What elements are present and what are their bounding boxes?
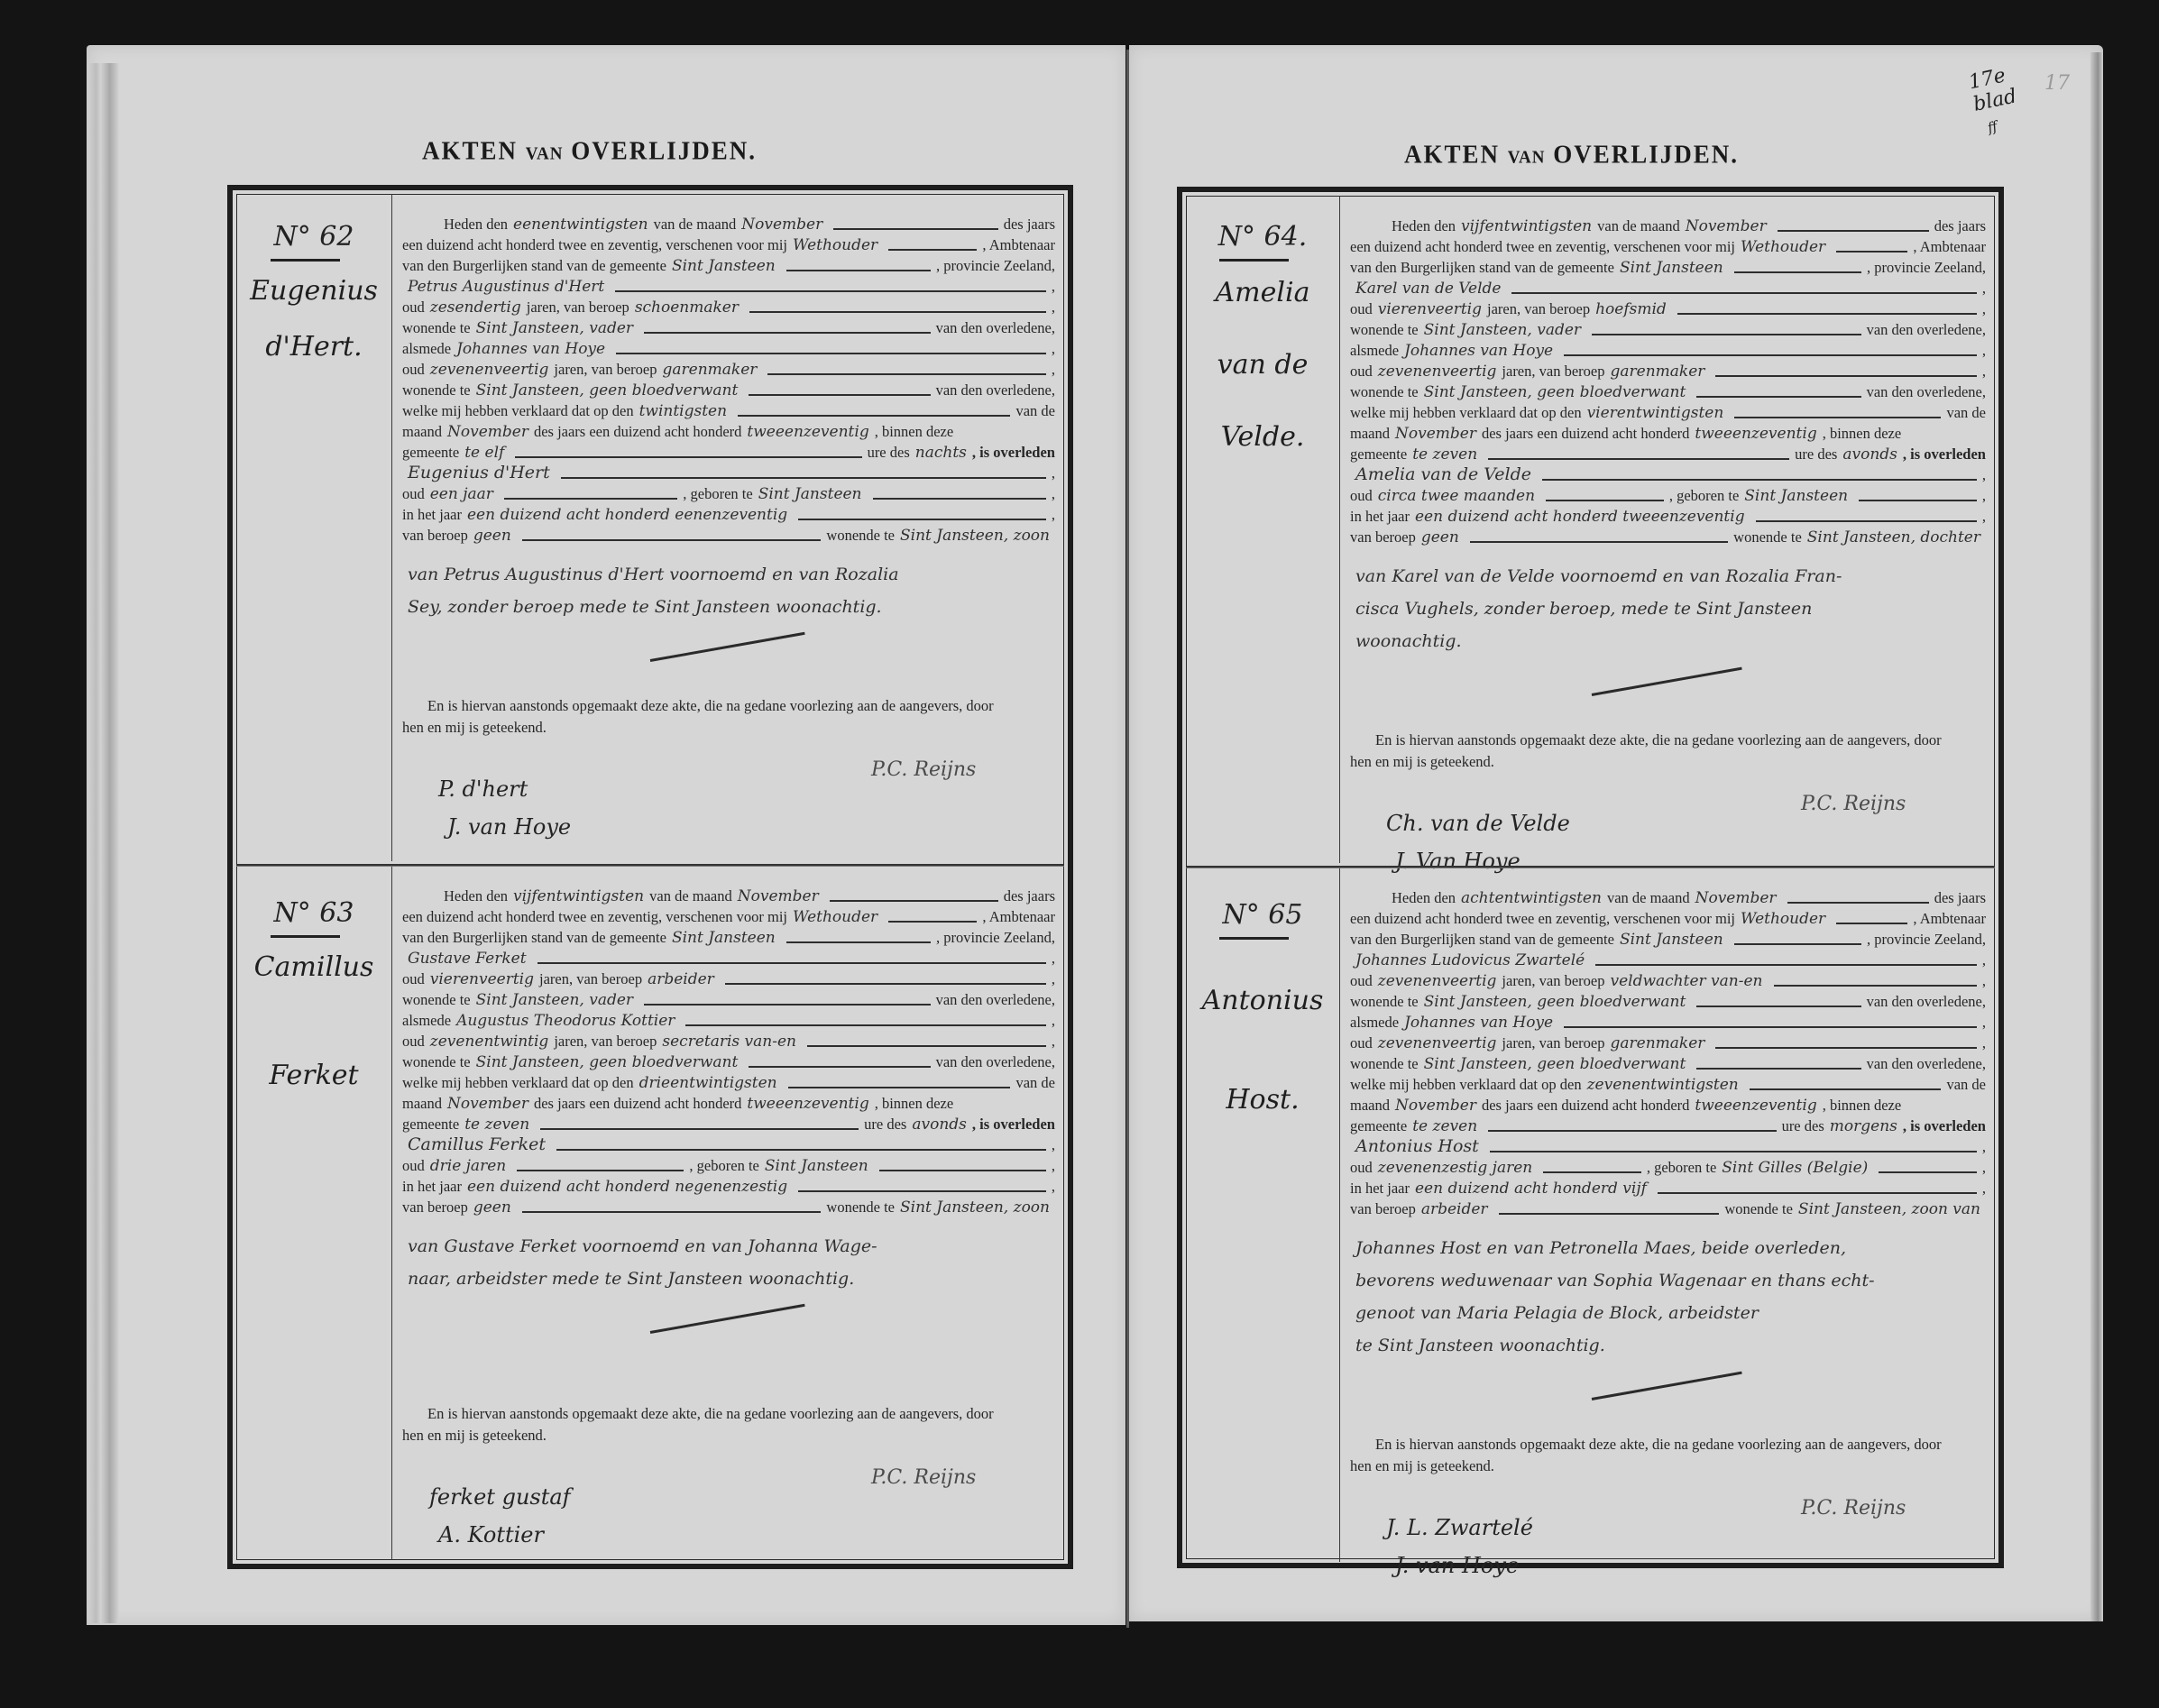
printed-text: oud <box>402 1031 425 1051</box>
fill-line <box>786 270 931 271</box>
printed-text: , provincie Zeeland, <box>936 255 1055 276</box>
punct: , <box>1052 504 1055 525</box>
record-line: Gustave Ferket, <box>402 948 1055 969</box>
fill-line <box>615 290 1046 292</box>
record-line: oudvierenveertigjaren, van beroeparbeide… <box>402 969 1055 989</box>
fill-line <box>1499 1213 1720 1215</box>
printed-text: , is overleden <box>972 1114 1055 1134</box>
punct: , <box>1982 361 1986 381</box>
birth-year: een duizend acht honderd vijf <box>1410 1179 1652 1199</box>
margin-deceased-name: d'Hert. <box>236 331 391 363</box>
printed-text: gemeente <box>402 442 459 463</box>
fill-line <box>1750 1088 1942 1090</box>
printed-text: Heden den <box>444 886 508 906</box>
printed-text: des jaars <box>1004 886 1055 906</box>
death-record: N° 62Eugeniusd'Hert.Heden deneenentwinti… <box>236 194 1064 861</box>
printed-text: alsmede <box>1350 1012 1399 1033</box>
deceased-residence: Sint Jansteen, dochter <box>1802 528 1986 548</box>
printed-text: oud <box>1350 298 1373 319</box>
fill-line <box>1734 417 1941 418</box>
declarant-signature: J. van Hoye <box>447 814 571 840</box>
record-line: alsmedeJohannes van Hoye, <box>402 338 1055 359</box>
printed-text: des jaars een duizend acht honderd <box>1482 1095 1689 1116</box>
printed-text: gemeente <box>1350 444 1407 464</box>
declarant2-residence: Sint Jansteen, geen bloedverwant <box>1419 382 1692 403</box>
closing-line-2: hen en mij is geteekend. <box>402 717 1055 739</box>
declarant2-residence: Sint Jansteen, geen bloedverwant <box>1419 1054 1692 1075</box>
official-title: Wethouder <box>1735 237 1831 258</box>
fill-line <box>879 1170 1046 1171</box>
record-line: een duizend acht honderd twee en zeventi… <box>1350 908 1986 929</box>
fill-line <box>1511 292 1976 294</box>
handwritten-note: cisca Vughels, zonder beroep, mede te Si… <box>1350 592 1817 625</box>
fill-line <box>1696 1068 1860 1070</box>
record-line: wonende teSint Jansteen, geen bloedverwa… <box>402 380 1055 400</box>
printed-text: oud <box>402 483 425 504</box>
record-line: ouddrie jaren, geboren teSint Jansteen, <box>402 1155 1055 1176</box>
record-body: Heden denvijfentwintigstenvan de maandNo… <box>402 866 1055 1560</box>
punct: , <box>1052 1155 1055 1176</box>
record-line: oudzevenenveertigjaren, van beroepgarenm… <box>1350 361 1986 381</box>
record-line: van den Burgerlijken stand van de gemeen… <box>1350 257 1986 278</box>
fill-line <box>1756 520 1977 522</box>
birth-year: een duizend acht honderd tweeenzeventig <box>1410 507 1750 528</box>
fill-line <box>767 373 1045 375</box>
printed-text: van de maand <box>649 886 732 906</box>
punct: , <box>1052 969 1055 989</box>
declarant2-name: Augustus Theodorus Kottier <box>451 1011 680 1032</box>
handwritten-note: Johannes Host en van Petronella Maes, be… <box>1350 1232 1851 1264</box>
printed-text: gemeente <box>1350 1116 1407 1136</box>
printed-text: wonende te <box>1350 1053 1419 1074</box>
title-word: OVERLIJDEN. <box>1553 140 1739 169</box>
record-line: een duizend acht honderd twee en zeventi… <box>402 906 1055 927</box>
record-line: gemeentete zevenure desavonds, is overle… <box>402 1114 1055 1134</box>
printed-text: , provincie Zeeland, <box>1867 929 1986 950</box>
printed-text: van den overledene, <box>1867 991 1986 1012</box>
fill-line <box>1488 1130 1776 1132</box>
declarant1-age: zevenenveertig <box>1373 971 1502 992</box>
registration-day: vijfentwintigsten <box>1456 216 1597 237</box>
record-body: Heden denvijfentwintigstenvan de maandNo… <box>1350 196 1986 863</box>
fill-line <box>888 249 977 251</box>
death-year: tweeenzeventig <box>741 1094 874 1115</box>
declarant1-name: Johannes Ludovicus Zwartelé <box>1350 950 1590 971</box>
record-line: oudeen jaar, geboren teSint Jansteen, <box>402 483 1055 504</box>
death-year: tweeenzeventig <box>1689 424 1822 445</box>
fill-line <box>1677 313 1977 315</box>
printed-text: oud <box>402 1155 425 1176</box>
punct: , <box>1982 278 1986 298</box>
record-extra-line: te Sint Jansteen woonachtig. <box>1350 1329 1986 1362</box>
fill-line <box>1564 354 1977 356</box>
printed-text: oud <box>1350 485 1373 506</box>
municipality: Sint Jansteen <box>1614 258 1729 279</box>
birthplace: Sint Jansteen <box>753 484 868 505</box>
fill-line <box>749 311 1046 313</box>
death-day: zevenentwintigsten <box>1582 1075 1744 1096</box>
closing-flourish <box>1592 1372 1742 1400</box>
deceased-residence: Sint Jansteen, zoon <box>895 526 1055 546</box>
printed-text: , geboren te <box>683 483 752 504</box>
registration-day: achtentwintigsten <box>1456 888 1607 909</box>
record-line: in het jaareen duizend acht honderd twee… <box>1350 506 1986 527</box>
printed-text: oud <box>1350 970 1373 991</box>
number-underline <box>271 259 340 262</box>
printed-text: van den Burgerlijken stand van de gemeen… <box>402 927 666 948</box>
printed-text: wonende te <box>1350 381 1419 402</box>
printed-text: des jaars een duizend acht honderd <box>1482 423 1689 444</box>
handwritten-note: bevorens weduwenaar van Sophia Wagenaar … <box>1350 1264 1880 1297</box>
printed-text: jaren, van beroep <box>554 359 657 380</box>
printed-text: , Ambtenaar <box>982 906 1055 927</box>
margin-deceased-name: van de <box>1186 349 1339 381</box>
handwritten-note: Sey, zonder beroep mede te Sint Jansteen… <box>402 591 887 623</box>
declarant2-age: zevenentwintig <box>425 1032 555 1052</box>
death-hour: te zeven <box>459 1115 535 1135</box>
printed-text: , provincie Zeeland, <box>1867 257 1986 278</box>
registration-month: November <box>1680 216 1772 237</box>
record-extra-line: van Petrus Augustinus d'Hert voornoemd e… <box>402 558 1055 591</box>
registration-month: November <box>1690 888 1782 909</box>
declarant1-residence: Sint Jansteen, vader <box>1419 320 1586 341</box>
pencil-folio-mark: 17 <box>2044 72 2070 95</box>
printed-text: wonende te <box>402 1051 471 1072</box>
punct: , <box>1052 1010 1055 1031</box>
handwritten-note: woonachtig. <box>1350 625 1467 657</box>
printed-text: in het jaar <box>1350 1178 1410 1198</box>
punct: , <box>1052 948 1055 969</box>
record-line: Heden denvijfentwintigstenvan de maandNo… <box>1350 216 1986 236</box>
record-number: N° 65 <box>1186 899 1339 931</box>
printed-text: des jaars <box>1934 216 1986 236</box>
fill-line <box>522 1211 822 1213</box>
fill-line <box>738 415 1010 417</box>
printed-text: wonende te <box>402 380 471 400</box>
title-word: AKTEN <box>422 136 518 165</box>
record-number: N° 63 <box>236 897 391 929</box>
deceased-occupation: geen <box>1416 528 1465 548</box>
printed-text: van den overledene, <box>936 1051 1055 1072</box>
printed-text: jaren, van beroep <box>1487 298 1590 319</box>
printed-text: des jaars een duizend acht honderd <box>534 421 741 442</box>
title-word: OVERLIJDEN. <box>571 136 757 165</box>
printed-text: van den overledene, <box>936 989 1055 1010</box>
record-line: oudzevenenveertigjaren, van beroepgarenm… <box>402 359 1055 380</box>
official-signature: P.C. Reijns <box>1801 793 1906 815</box>
record-line: Antonius Host, <box>1350 1136 1986 1157</box>
punct: , <box>1052 463 1055 483</box>
declarant2-occupation: garenmaker <box>1604 362 1710 382</box>
punct: , <box>1982 970 1986 991</box>
fill-line <box>1787 902 1929 904</box>
fill-line <box>888 921 977 923</box>
declarant-signature: J. L. Zwartelé <box>1386 1515 1533 1540</box>
death-hour: te zeven <box>1407 1116 1483 1137</box>
fill-line <box>1696 396 1860 398</box>
printed-text: van beroep <box>402 525 468 546</box>
printed-text: jaren, van beroep <box>554 1031 657 1051</box>
birthplace: Sint Jansteen <box>759 1156 874 1177</box>
death-year: tweeenzeventig <box>741 422 874 443</box>
punct: , <box>1052 338 1055 359</box>
printed-text: , binnen deze <box>875 421 954 442</box>
record-line: van beroeparbeiderwonende teSint Janstee… <box>1350 1198 1986 1219</box>
closing-statement: En is hiervan aanstonds opgemaakt deze a… <box>1350 1434 1986 1477</box>
deceased-residence: Sint Jansteen, zoon <box>895 1198 1055 1218</box>
deceased-name: Amelia van de Velde <box>1350 464 1537 485</box>
printed-text: Heden den <box>444 214 508 234</box>
record-line: in het jaareen duizend acht honderd vijf… <box>1350 1178 1986 1198</box>
printed-text: van de maand <box>1607 887 1690 908</box>
record-extra-line: woonachtig. <box>1350 625 1986 657</box>
printed-text: alsmede <box>402 338 451 359</box>
record-line: wonende teSint Jansteen, geen bloedverwa… <box>1350 991 1986 1012</box>
fill-line <box>1696 1006 1860 1007</box>
margin-deceased-name: Camillus <box>236 951 391 983</box>
printed-text: van den overledene, <box>936 380 1055 400</box>
municipality: Sint Jansteen <box>666 928 781 949</box>
fill-line <box>1774 985 1977 987</box>
printed-text: des jaars een duizend acht honderd <box>534 1093 741 1114</box>
punct: , <box>1052 1031 1055 1051</box>
printed-text: , geboren te <box>1669 485 1739 506</box>
official-title: Wethouder <box>787 235 883 256</box>
record-line: maandNovemberdes jaars een duizend acht … <box>1350 423 1986 444</box>
fill-line <box>1546 500 1664 501</box>
printed-text: gemeente <box>402 1114 459 1134</box>
record-line: Heden denvijfentwintigstenvan de maandNo… <box>402 886 1055 906</box>
fill-line <box>1715 375 1976 377</box>
printed-text: welke mij hebben verklaard dat op den <box>1350 402 1582 423</box>
fill-line <box>833 228 998 230</box>
printed-text: welke mij hebben verklaard dat op den <box>1350 1074 1582 1095</box>
declarant2-occupation: secretaris van-en <box>657 1032 802 1052</box>
record-extra-line: Sey, zonder beroep mede te Sint Jansteen… <box>402 591 1055 623</box>
death-day: vierentwintigsten <box>1582 403 1730 424</box>
declarant1-occupation: arbeider <box>642 969 720 990</box>
deceased-age: drie jaren <box>425 1156 511 1177</box>
declarant1-age: zesendertig <box>425 298 527 318</box>
printed-text: , is overleden <box>1903 1116 1986 1136</box>
printed-text: wonende te <box>826 525 895 546</box>
printed-text: jaren, van beroep <box>527 297 629 317</box>
margin-deceased-name: Velde. <box>1186 421 1339 453</box>
title-word: AKTEN <box>1404 140 1500 169</box>
deceased-residence: Sint Jansteen, zoon van <box>1793 1199 1986 1220</box>
official-title: Wethouder <box>787 907 883 928</box>
record-line: Heden deneenentwintigstenvan de maandNov… <box>402 214 1055 234</box>
printed-text: in het jaar <box>402 504 462 525</box>
birth-year: een duizend acht honderd eenenzeventig <box>462 505 793 526</box>
printed-text: van den Burgerlijken stand van de gemeen… <box>1350 257 1614 278</box>
printed-text: , provincie Zeeland, <box>936 927 1055 948</box>
printed-text: een duizend acht honderd twee en zeventi… <box>402 906 787 927</box>
printed-text: , geboren te <box>1647 1157 1716 1178</box>
fill-line <box>616 353 1046 354</box>
deceased-occupation: arbeider <box>1416 1199 1493 1220</box>
declarant2-residence: Sint Jansteen, geen bloedverwant <box>471 1052 744 1073</box>
punct: , <box>1982 464 1986 485</box>
printed-text: Heden den <box>1392 887 1456 908</box>
declarant1-occupation: hoefsmid <box>1590 299 1672 320</box>
declarant-signature: A. Kottier <box>438 1522 544 1547</box>
record-line: van beroepgeenwonende teSint Jansteen, z… <box>402 525 1055 546</box>
handwritten-note: van Petrus Augustinus d'Hert voornoemd e… <box>402 558 905 591</box>
record-line: welke mij hebben verklaard dat op dentwi… <box>402 400 1055 421</box>
fill-line <box>786 941 931 943</box>
right-page-title: AKTEN VAN OVERLIJDEN. <box>1404 140 1739 170</box>
deceased-age: een jaar <box>425 484 499 505</box>
printed-text: van beroep <box>402 1197 468 1217</box>
punct: , <box>1052 359 1055 380</box>
punct: , <box>1982 950 1986 970</box>
book-gutter <box>1126 50 1129 1628</box>
fill-line <box>830 900 998 902</box>
record-line: oudzevenenveertigjaren, van beroepveldwa… <box>1350 970 1986 991</box>
record-line: Heden denachtentwintigstenvan de maandNo… <box>1350 887 1986 908</box>
punct: , <box>1982 1012 1986 1033</box>
title-word: VAN <box>1508 148 1546 168</box>
fill-line <box>1859 500 1977 501</box>
closing-line-1: En is hiervan aanstonds opgemaakt deze a… <box>402 1403 1055 1425</box>
printed-text: , is overleden <box>1903 444 1986 464</box>
municipality: Sint Jansteen <box>666 256 781 277</box>
record-line: gemeentete zevenure desavonds, is overle… <box>1350 444 1986 464</box>
death-record: N° 64.Ameliavan deVelde.Heden denvijfent… <box>1186 196 1995 863</box>
record-number: N° 64. <box>1186 221 1339 253</box>
record-line: wonende teSint Jansteen, vadervan den ov… <box>1350 319 1986 340</box>
fill-line <box>788 1087 1011 1088</box>
registration-month: November <box>736 215 828 235</box>
punct: , <box>1052 276 1055 297</box>
printed-text: van den Burgerlijken stand van de gemeen… <box>402 255 666 276</box>
printed-text: maand <box>1350 423 1390 444</box>
printed-text: jaren, van beroep <box>1502 361 1604 381</box>
record-line: oudzevenenveertigjaren, van beroepgarenm… <box>1350 1033 1986 1053</box>
printed-text: van beroep <box>1350 1198 1416 1219</box>
fill-line <box>561 477 1046 479</box>
record-line: wonende teSint Jansteen, geen bloedverwa… <box>1350 381 1986 402</box>
printed-text: ure des <box>864 1114 906 1134</box>
declarant1-occupation: schoenmaker <box>629 298 744 318</box>
handwritten-note: te Sint Jansteen woonachtig. <box>1350 1329 1611 1362</box>
record-margin-column: N° 65AntoniusHost. <box>1186 868 1340 1562</box>
birth-year: een duizend acht honderd negenenzestig <box>462 1177 793 1198</box>
fill-line <box>685 1024 1045 1026</box>
official-signature: P.C. Reijns <box>871 758 976 781</box>
closing-line-1: En is hiervan aanstonds opgemaakt deze a… <box>402 695 1055 717</box>
declarant-signature: Ch. van de Velde <box>1386 811 1570 836</box>
page-stack-edge <box>88 63 119 1623</box>
closing-statement: En is hiervan aanstonds opgemaakt deze a… <box>402 1403 1055 1446</box>
deceased-occupation: geen <box>468 526 517 546</box>
handwritten-note: van Gustave Ferket voornoemd en van Joha… <box>402 1230 883 1263</box>
margin-deceased-name: Eugenius <box>236 275 391 307</box>
fill-line <box>1734 271 1861 273</box>
declarant2-occupation: garenmaker <box>1604 1033 1710 1054</box>
printed-text: ure des <box>1795 444 1837 464</box>
deceased-age: zevenenzestig jaren <box>1373 1158 1538 1179</box>
declarant1-age: vierenveertig <box>425 969 539 990</box>
official-signature: P.C. Reijns <box>871 1466 976 1489</box>
punct: , <box>1052 483 1055 504</box>
record-line: wonende teSint Jansteen, vadervan den ov… <box>402 989 1055 1010</box>
printed-text: maand <box>402 1093 442 1114</box>
punct: , <box>1982 1157 1986 1178</box>
fill-line <box>807 1045 1046 1047</box>
punct: , <box>1982 1178 1986 1198</box>
printed-text: van de <box>1946 402 1986 423</box>
record-line: oudzevenentwintigjaren, van beroepsecret… <box>402 1031 1055 1051</box>
fill-line <box>1879 1171 1977 1173</box>
printed-text: ure des <box>1782 1116 1824 1136</box>
printed-text: van den overledene, <box>1867 319 1986 340</box>
printed-text: wonende te <box>1733 527 1802 547</box>
printed-text: wonende te <box>826 1197 895 1217</box>
fill-line <box>515 456 861 458</box>
punct: , <box>1052 297 1055 317</box>
printed-text: wonende te <box>402 317 471 338</box>
record-line: van beroepgeenwonende teSint Jansteen, d… <box>1350 527 1986 547</box>
printed-text: van den Burgerlijken stand van de gemeen… <box>1350 929 1614 950</box>
printed-text: in het jaar <box>1350 506 1410 527</box>
punct: , <box>1982 1136 1986 1157</box>
fill-line <box>1488 458 1789 460</box>
printed-text: jaren, van beroep <box>539 969 642 989</box>
printed-text: jaren, van beroep <box>1502 970 1604 991</box>
printed-text: wonende te <box>1724 1198 1793 1219</box>
printed-text: maand <box>402 421 442 442</box>
declarant2-occupation: garenmaker <box>657 360 762 381</box>
printed-text: oud <box>1350 361 1373 381</box>
printed-text: des jaars <box>1004 214 1055 234</box>
record-margin-column: N° 63CamillusFerket <box>236 866 392 1560</box>
printed-text: , binnen deze <box>1823 423 1902 444</box>
record-line: in het jaareen duizend acht honderd nege… <box>402 1176 1055 1197</box>
closing-line-1: En is hiervan aanstonds opgemaakt deze a… <box>1350 1434 1986 1455</box>
birthplace: Sint Jansteen <box>1739 486 1853 507</box>
printed-text: van den overledene, <box>1867 381 1986 402</box>
printed-text: in het jaar <box>402 1176 462 1197</box>
death-month: November <box>442 422 534 443</box>
fill-line <box>644 1004 931 1006</box>
number-underline <box>1219 259 1289 262</box>
punct: , <box>1982 485 1986 506</box>
deceased-name: Camillus Ferket <box>402 1134 551 1155</box>
closing-line-1: En is hiervan aanstonds opgemaakt deze a… <box>1350 730 1986 751</box>
deceased-age: circa twee maanden <box>1373 486 1540 507</box>
fill-line <box>522 539 822 541</box>
fill-line <box>873 498 1046 500</box>
printed-text: oud <box>402 297 425 317</box>
record-line: Camillus Ferket, <box>402 1134 1055 1155</box>
fill-line <box>1658 1192 1977 1194</box>
death-year: tweeenzeventig <box>1689 1096 1822 1116</box>
declarant1-name: Gustave Ferket <box>402 949 532 969</box>
record-line: maandNovemberdes jaars een duizend acht … <box>402 421 1055 442</box>
fill-line <box>1715 1047 1976 1049</box>
printed-text: wonende te <box>1350 319 1419 340</box>
declarant2-residence: Sint Jansteen, geen bloedverwant <box>471 381 744 401</box>
record-extra-line: cisca Vughels, zonder beroep, mede te Si… <box>1350 592 1986 625</box>
margin-deceased-name: Host. <box>1186 1084 1339 1116</box>
printed-text: een duizend acht honderd twee en zeventi… <box>402 234 787 255</box>
record-extra-line: van Gustave Ferket voornoemd en van Joha… <box>402 1230 1055 1263</box>
registration-day: vijfentwintigsten <box>508 886 649 907</box>
record-line: welke mij hebben verklaard dat op dendri… <box>402 1072 1055 1093</box>
record-line: van den Burgerlijken stand van de gemeen… <box>1350 929 1986 950</box>
